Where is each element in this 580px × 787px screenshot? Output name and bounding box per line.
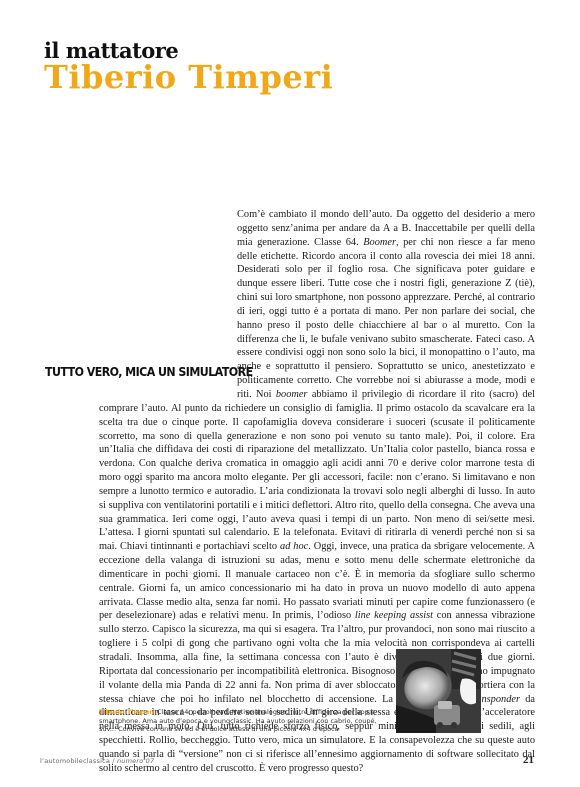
- footer-publication: l’automobileclassica / numero 07: [40, 757, 154, 765]
- portrait-image-icon: [396, 649, 481, 733]
- author-photo: [396, 649, 481, 733]
- pull-quote-spacer: [99, 356, 237, 397]
- italic-term: ad hoc: [280, 541, 308, 552]
- text-run: abbiamo il privilegio di ricordare il ri…: [99, 389, 535, 552]
- author-bio: Tiberio Timperi Classe 64, petrolhead. N…: [99, 708, 389, 734]
- italic-term: line keeping assist: [355, 610, 433, 621]
- bio-name: Tiberio Timperi: [99, 708, 155, 716]
- publication-name: l’automobileclassica /: [40, 757, 117, 765]
- issue-number: numero 07: [117, 757, 154, 765]
- italic-term: Boomer: [363, 237, 396, 248]
- italic-term: boomer: [276, 389, 308, 400]
- author-title: Tiberio Timperi: [44, 61, 333, 93]
- page-number: 21: [523, 754, 534, 766]
- text-run: , per chi non riesce a far meno delle et…: [237, 237, 535, 400]
